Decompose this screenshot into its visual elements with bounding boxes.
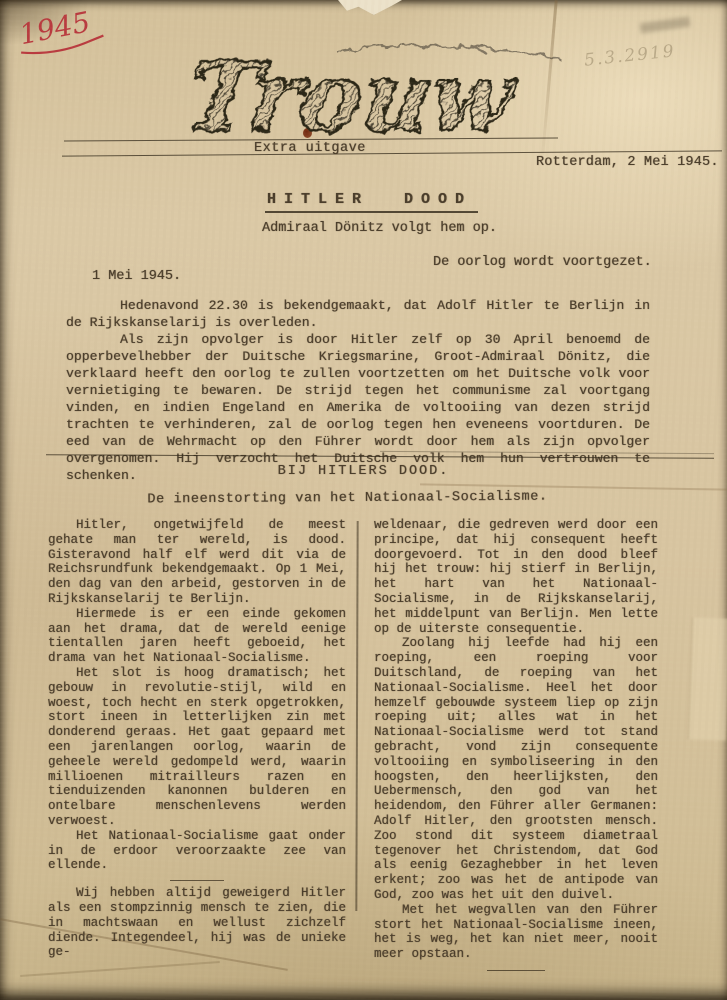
article-paragraph: Hitler, ongetwijfeld de meest gehate man… <box>48 518 346 607</box>
lead-paragraph: Hedenavond 22.30 is bekendgemaakt, dat A… <box>66 297 650 331</box>
article-paragraph: Zoolang hij leefde had hij een roeping, … <box>374 636 658 902</box>
bulletin-date: 1 Mei 1945. <box>92 269 181 284</box>
headline-wrap: HITLER DOOD <box>0 190 727 213</box>
smudge-mark <box>640 17 691 34</box>
article-columns: Hitler, ongetwijfeld de meest gehate man… <box>48 518 658 976</box>
dateline: Rotterdam, 2 Mei 1945. <box>536 155 719 170</box>
article-paragraph: Het slot is hoog dramatisch; het gebouw … <box>48 666 346 829</box>
edition-label: Extra uitgave <box>254 141 366 156</box>
left-column: Hitler, ongetwijfeld de meest gehate man… <box>48 518 346 976</box>
handwritten-year-annotation: 1945 <box>12 4 116 60</box>
article-paragraph: weldenaar, die gedreven werd door een pr… <box>374 518 658 636</box>
masthead-logo: Trouw <box>172 30 602 154</box>
masthead-title: Trouw <box>179 43 525 153</box>
right-column: weldenaar, die gedreven werd door een pr… <box>374 518 658 976</box>
article-paragraph: Wij hebben altijd geweigerd Hitler als e… <box>48 886 346 960</box>
article-end-rule <box>487 970 545 971</box>
war-status-note: De oorlog wordt voortgezet. <box>433 255 652 270</box>
article-paragraph: Hiermede is er een einde gekomen aan het… <box>48 607 346 666</box>
lead-paragraph: Als zijn opvolger is door Hitler zelf op… <box>66 331 650 484</box>
paper-tear-right-edge <box>688 617 727 740</box>
paper-tear-top <box>338 0 402 15</box>
subheadline: Admiraal Dönitz volgt hem op. <box>262 221 497 236</box>
headline: HITLER DOOD <box>265 191 478 213</box>
article-paragraph: Het Nationaal-Socialisme gaat onder in d… <box>48 829 346 873</box>
scanned-newspaper-page: 1945 5.3.2919 Trouw Extra uitgave Rotter… <box>0 0 727 1000</box>
article-subtitle: De ineenstorting van het Nationaal-Socia… <box>0 489 695 509</box>
column-break-rule <box>170 880 224 881</box>
article-title: BIJ HITLERS DOOD. <box>0 464 727 479</box>
article-paragraph: Met het wegvallen van den Führer stort h… <box>374 903 658 962</box>
